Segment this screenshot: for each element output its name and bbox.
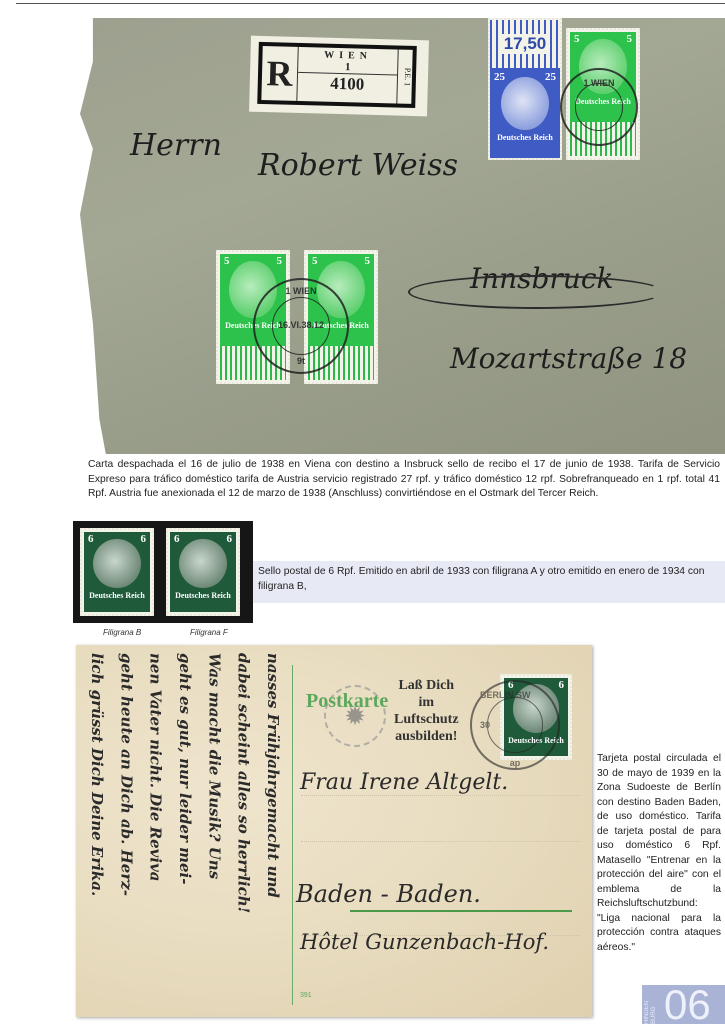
address-salutation: Herrn [130,128,222,163]
hindenburg-portrait [93,539,141,589]
page-number-badge: HINDEN BURG 06 [642,985,725,1024]
watermark-label-f: Filigrana F [190,628,228,637]
postcard-title: Postkarte [306,690,388,713]
stamp-25-rpf: 17,50 25 25 Deutsches Reich [488,18,562,160]
page-number: 06 [664,981,711,1024]
address-name: Robert Weiss [258,148,458,183]
address-flourish [408,275,664,309]
envelope-postmark-upper: 1 WIEN [560,68,638,146]
stamps-caption: Sello postal de 6 Rpf. Emitido en abril … [258,565,720,594]
brand-mark: HINDEN BURG [644,987,658,1024]
address-street: Mozartstraße 18 [450,342,687,375]
postcard-caption: Tarjeta postal circulada el 30 de mayo d… [597,752,721,955]
postmark-slogan: Laß Dich im Luftschutz ausbilden! [394,677,459,745]
plate-margin: 17,50 [490,20,560,68]
city-underline [350,910,572,912]
postcard-hotel: Hôtel Gunzenbach-Hof. [300,930,549,954]
registration-number: 4100 [298,73,397,96]
postcard-divider [292,665,293,1005]
postcard-recipient: Frau Irene Altgelt. [300,770,508,795]
postcard-city: Baden - Baden. [296,880,481,908]
envelope-caption: Carta despachada el 16 de julio de 1938 … [88,458,720,502]
stamp-6-rpf-watermark-b: 6 6 Deutsches Reich [80,528,154,616]
watermark-label-b: Filigrana B [103,628,141,637]
printer-mark: 391 [300,992,312,999]
hindenburg-portrait [179,539,227,589]
registration-letter: R [261,46,298,101]
envelope-postmark: 1 WIEN 16.VI.38.12 9t [253,278,349,374]
registration-label: R WIEN 1 4100 P.E. 1 [249,36,429,117]
stamp-6-rpf-watermark-f: 6 6 Deutsches Reich [166,528,240,616]
postcard-postmark: BERLIN SW 30 ap [470,680,560,770]
hindenburg-portrait [501,77,549,130]
registration-side-text: P.E. 1 [397,50,412,104]
postcard-message: nasses Frühjahrgemacht und dabei scheint… [80,653,290,1011]
